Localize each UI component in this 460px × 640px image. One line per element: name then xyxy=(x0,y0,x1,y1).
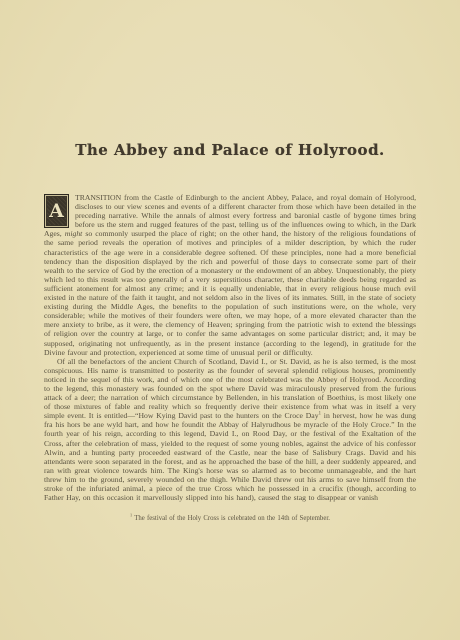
italic-word: might xyxy=(65,229,83,238)
text-block: A TRANSITION from the Castle of Edinburg… xyxy=(44,193,416,502)
footnote: 1 The festival of the Holy Cross is cele… xyxy=(44,515,416,523)
book-page: The Abbey and Palace of Holyrood. A TRAN… xyxy=(0,0,460,640)
paragraph-1: A TRANSITION from the Castle of Edinburg… xyxy=(44,193,416,357)
paragraph-1-text-continued: so commonly usurped the place of right; … xyxy=(44,229,416,356)
drop-cap-letter: A xyxy=(49,202,64,221)
footnote-text: The festival of the Holy Cross is celebr… xyxy=(132,515,330,522)
paragraph-2: Of all the benefactors of the ancient Ch… xyxy=(44,357,416,503)
drop-cap-initial: A xyxy=(44,194,69,228)
scanned-book-page: { "page": { "title": "The Abbey and Pala… xyxy=(0,0,460,640)
page-title: The Abbey and Palace of Holyrood. xyxy=(44,142,416,159)
paragraph-2-text-continued: in hervest, how he was dung fra his hors… xyxy=(44,411,416,502)
